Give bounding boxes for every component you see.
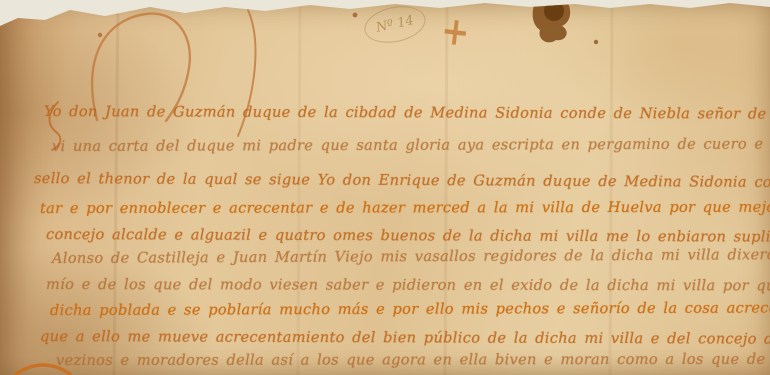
manuscript-line: tar e por ennoblecer e acrecentar e de h… — [40, 198, 770, 217]
stain-freckle — [353, 13, 358, 18]
stain-core — [544, 1, 564, 21]
manuscript-line: mío e de los que del modo viesen saber e… — [46, 276, 770, 295]
manuscript-line: concejo alcalde e alguazil e quatro omes… — [46, 226, 770, 246]
cross-mark: + — [438, 7, 472, 56]
manuscript-line: que a ello me mueve acrecentamiento del … — [40, 328, 770, 348]
manuscript-line: vi una carta del duque mi padre que sant… — [52, 134, 770, 155]
stain-freckle — [594, 40, 598, 44]
stain-blob — [533, 0, 571, 42]
archival-number-label: Nº 14 — [375, 13, 415, 36]
parchment: Nº 14 + Yo don Juan de Guzmán duque de l… — [0, 0, 770, 375]
manuscript-photo: Nº 14 + Yo don Juan de Guzmán duque de l… — [0, 0, 770, 375]
manuscript-line: Yo don Juan de Guzmán duque de la cibdad… — [44, 103, 770, 123]
manuscript-line: Alonso de Castilleja e Juan Martín Viejo… — [52, 245, 770, 267]
manuscript-line: vezinos e moradores della así a los que … — [56, 350, 770, 369]
stain-freckle — [98, 33, 102, 37]
manuscript-line: dicha poblada e se poblaría mucho más e … — [50, 299, 770, 319]
manuscript-line: sello el thenor de la qual se sigue Yo d… — [34, 170, 770, 193]
archival-number-mark: Nº 14 — [361, 1, 429, 48]
